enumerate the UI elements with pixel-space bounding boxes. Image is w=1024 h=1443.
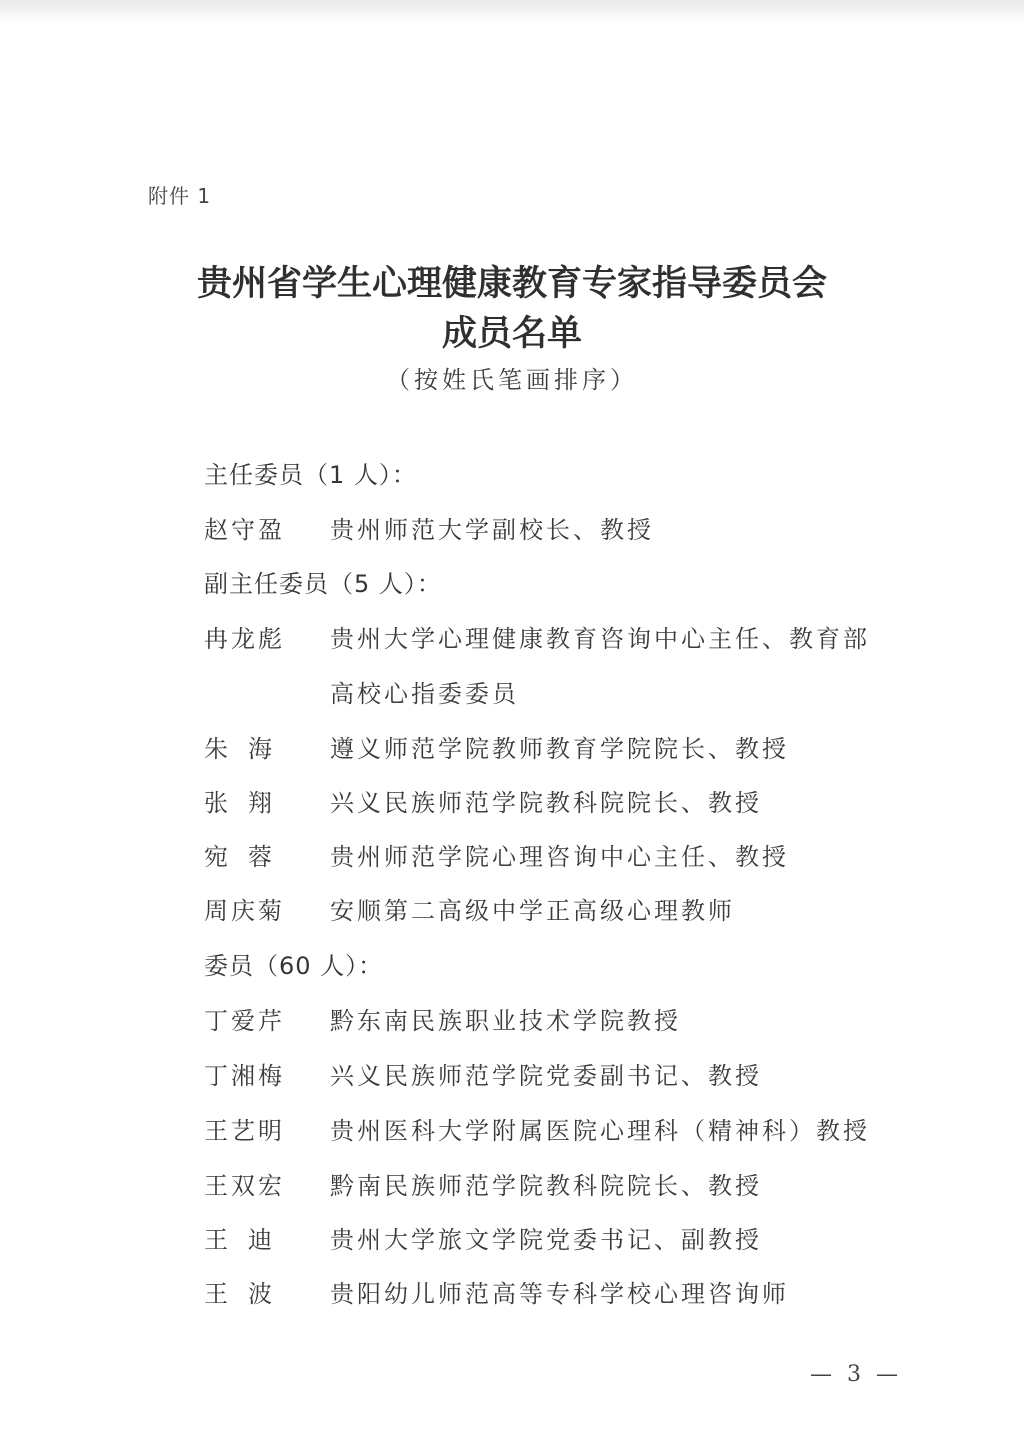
member-title: 贵州师范大学副校长、教授 xyxy=(330,510,654,545)
member-title: 贵州大学心理健康教育咨询中心主任、教育部 xyxy=(330,619,870,654)
section-heading-vice-chair: 副主任委员（5 人）： xyxy=(204,564,442,599)
member-title: 兴义民族师范学院教科院院长、教授 xyxy=(330,783,762,818)
member-row: 王波贵阳幼儿师范高等专科学校心理咨询师 xyxy=(204,1274,789,1309)
member-title: 兴义民族师范学院党委副书记、教授 xyxy=(330,1056,762,1091)
member-row: 王艺明贵州医科大学附属医院心理科（精神科）教授 xyxy=(204,1111,870,1146)
member-name: 宛蓉 xyxy=(204,837,330,872)
member-name: 朱海 xyxy=(204,729,330,764)
member-name: 张翔 xyxy=(204,783,330,818)
member-row: 宛蓉贵州师范学院心理咨询中心主任、教授 xyxy=(204,837,789,872)
scan-edge-artifact xyxy=(0,0,1024,22)
member-title: 贵州医科大学附属医院心理科（精神科）教授 xyxy=(330,1111,870,1146)
member-title: 黔南民族师范学院教科院院长、教授 xyxy=(330,1166,762,1201)
member-name: 周庆菊 xyxy=(204,891,330,926)
document-title: 贵州省学生心理健康教育专家指导委员会 xyxy=(0,256,1024,306)
document-title-line2: 成员名单 xyxy=(0,306,1024,356)
member-name: 赵守盈 xyxy=(204,510,330,545)
member-name: 冉龙彪 xyxy=(204,619,330,654)
member-name: 王迪 xyxy=(204,1220,330,1255)
member-title-continuation: 高校心指委委员 xyxy=(330,674,519,709)
member-row: 丁湘梅兴义民族师范学院党委副书记、教授 xyxy=(204,1056,762,1091)
page-number: — 3 — xyxy=(810,1362,902,1387)
member-title: 安顺第二高级中学正高级心理教师 xyxy=(330,891,735,926)
member-name: 丁湘梅 xyxy=(204,1056,330,1091)
member-title: 贵州师范学院心理咨询中心主任、教授 xyxy=(330,837,789,872)
member-row: 周庆菊安顺第二高级中学正高级心理教师 xyxy=(204,891,735,926)
attachment-label: 附件 1 xyxy=(148,180,211,209)
member-row: 赵守盈贵州师范大学副校长、教授 xyxy=(204,510,654,545)
member-row: 王双宏黔南民族师范学院教科院院长、教授 xyxy=(204,1166,762,1201)
section-heading-members: 委员（60 人）： xyxy=(204,946,383,981)
member-name: 丁爱芹 xyxy=(204,1001,330,1036)
member-row: 丁爱芹黔东南民族职业技术学院教授 xyxy=(204,1001,681,1036)
member-name: 王艺明 xyxy=(204,1111,330,1146)
member-row: 冉龙彪贵州大学心理健康教育咨询中心主任、教育部 xyxy=(204,619,870,654)
member-name: 王波 xyxy=(204,1274,330,1309)
member-row: 王迪贵州大学旅文学院党委书记、副教授 xyxy=(204,1220,762,1255)
member-row: 张翔兴义民族师范学院教科院院长、教授 xyxy=(204,783,762,818)
member-title: 黔东南民族职业技术学院教授 xyxy=(330,1001,681,1036)
member-row: 朱海遵义师范学院教师教育学院院长、教授 xyxy=(204,729,789,764)
member-name: 王双宏 xyxy=(204,1166,330,1201)
document-subtitle: （按姓氏笔画排序） xyxy=(0,360,1024,395)
member-title: 贵阳幼儿师范高等专科学校心理咨询师 xyxy=(330,1274,789,1309)
member-title: 遵义师范学院教师教育学院院长、教授 xyxy=(330,729,789,764)
section-heading-chair: 主任委员（1 人）： xyxy=(204,455,417,490)
member-title: 贵州大学旅文学院党委书记、副教授 xyxy=(330,1220,762,1255)
